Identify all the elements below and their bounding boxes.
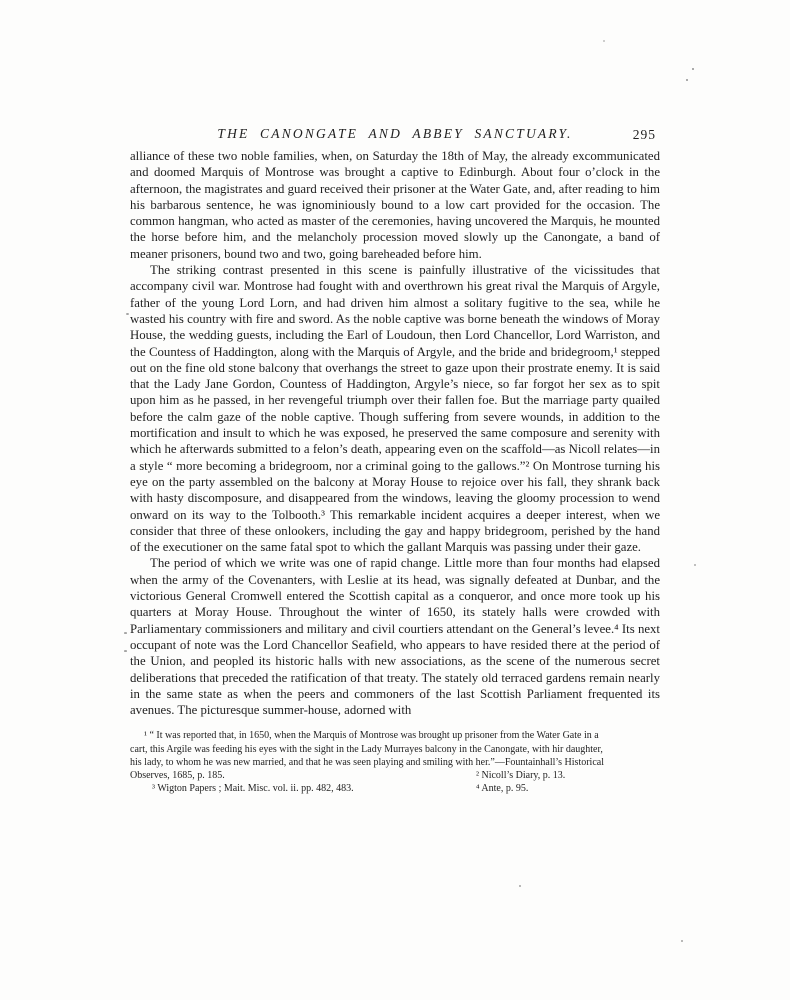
running-header: THE CANONGATE AND ABBEY SANCTUARY. 295	[130, 126, 660, 144]
footnotes: ¹ “ It was reported that, in 1650, when …	[130, 729, 660, 795]
scan-speck	[694, 564, 696, 566]
footnote-1-line-4: Observes, 1685, p. 185.	[130, 770, 225, 781]
footnote-1-line-1: ¹ “ It was reported that, in 1650, when …	[130, 729, 660, 742]
scan-speck	[603, 40, 605, 42]
paragraph-1: alliance of these two noble families, wh…	[130, 148, 660, 262]
footnote-1-line-3: his lady, to whom he was new married, an…	[130, 756, 660, 769]
footnote-row-1: Observes, 1685, p. 185. ² Nicoll’s Diary…	[130, 769, 660, 782]
footnote-row-2: ³ Wigton Papers ; Mait. Misc. vol. ii. p…	[130, 782, 660, 795]
page-title: THE CANONGATE AND ABBEY SANCTUARY.	[130, 126, 660, 142]
footnote-1-line-2: cart, this Argile was feeding his eyes w…	[130, 743, 660, 756]
paragraph-3: The period of which we write was one of …	[130, 555, 660, 718]
footnote-4: ⁴ Ante, p. 95.	[476, 782, 528, 795]
paragraph-2: The striking contrast presented in this …	[130, 262, 660, 555]
scan-speck	[126, 313, 129, 315]
scan-speck	[124, 632, 127, 634]
scan-speck	[681, 940, 683, 942]
scan-speck	[519, 885, 521, 887]
scan-speck	[124, 650, 127, 652]
footnote-3: ³ Wigton Papers ; Mait. Misc. vol. ii. p…	[130, 782, 354, 795]
scan-speck	[647, 398, 649, 400]
book-page: THE CANONGATE AND ABBEY SANCTUARY. 295 a…	[0, 0, 790, 1000]
page-number: 295	[633, 127, 656, 143]
main-text: alliance of these two noble families, wh…	[130, 148, 660, 795]
footnote-2: ² Nicoll’s Diary, p. 13.	[476, 769, 565, 782]
scan-speck	[686, 79, 688, 81]
scan-speck	[692, 68, 694, 70]
